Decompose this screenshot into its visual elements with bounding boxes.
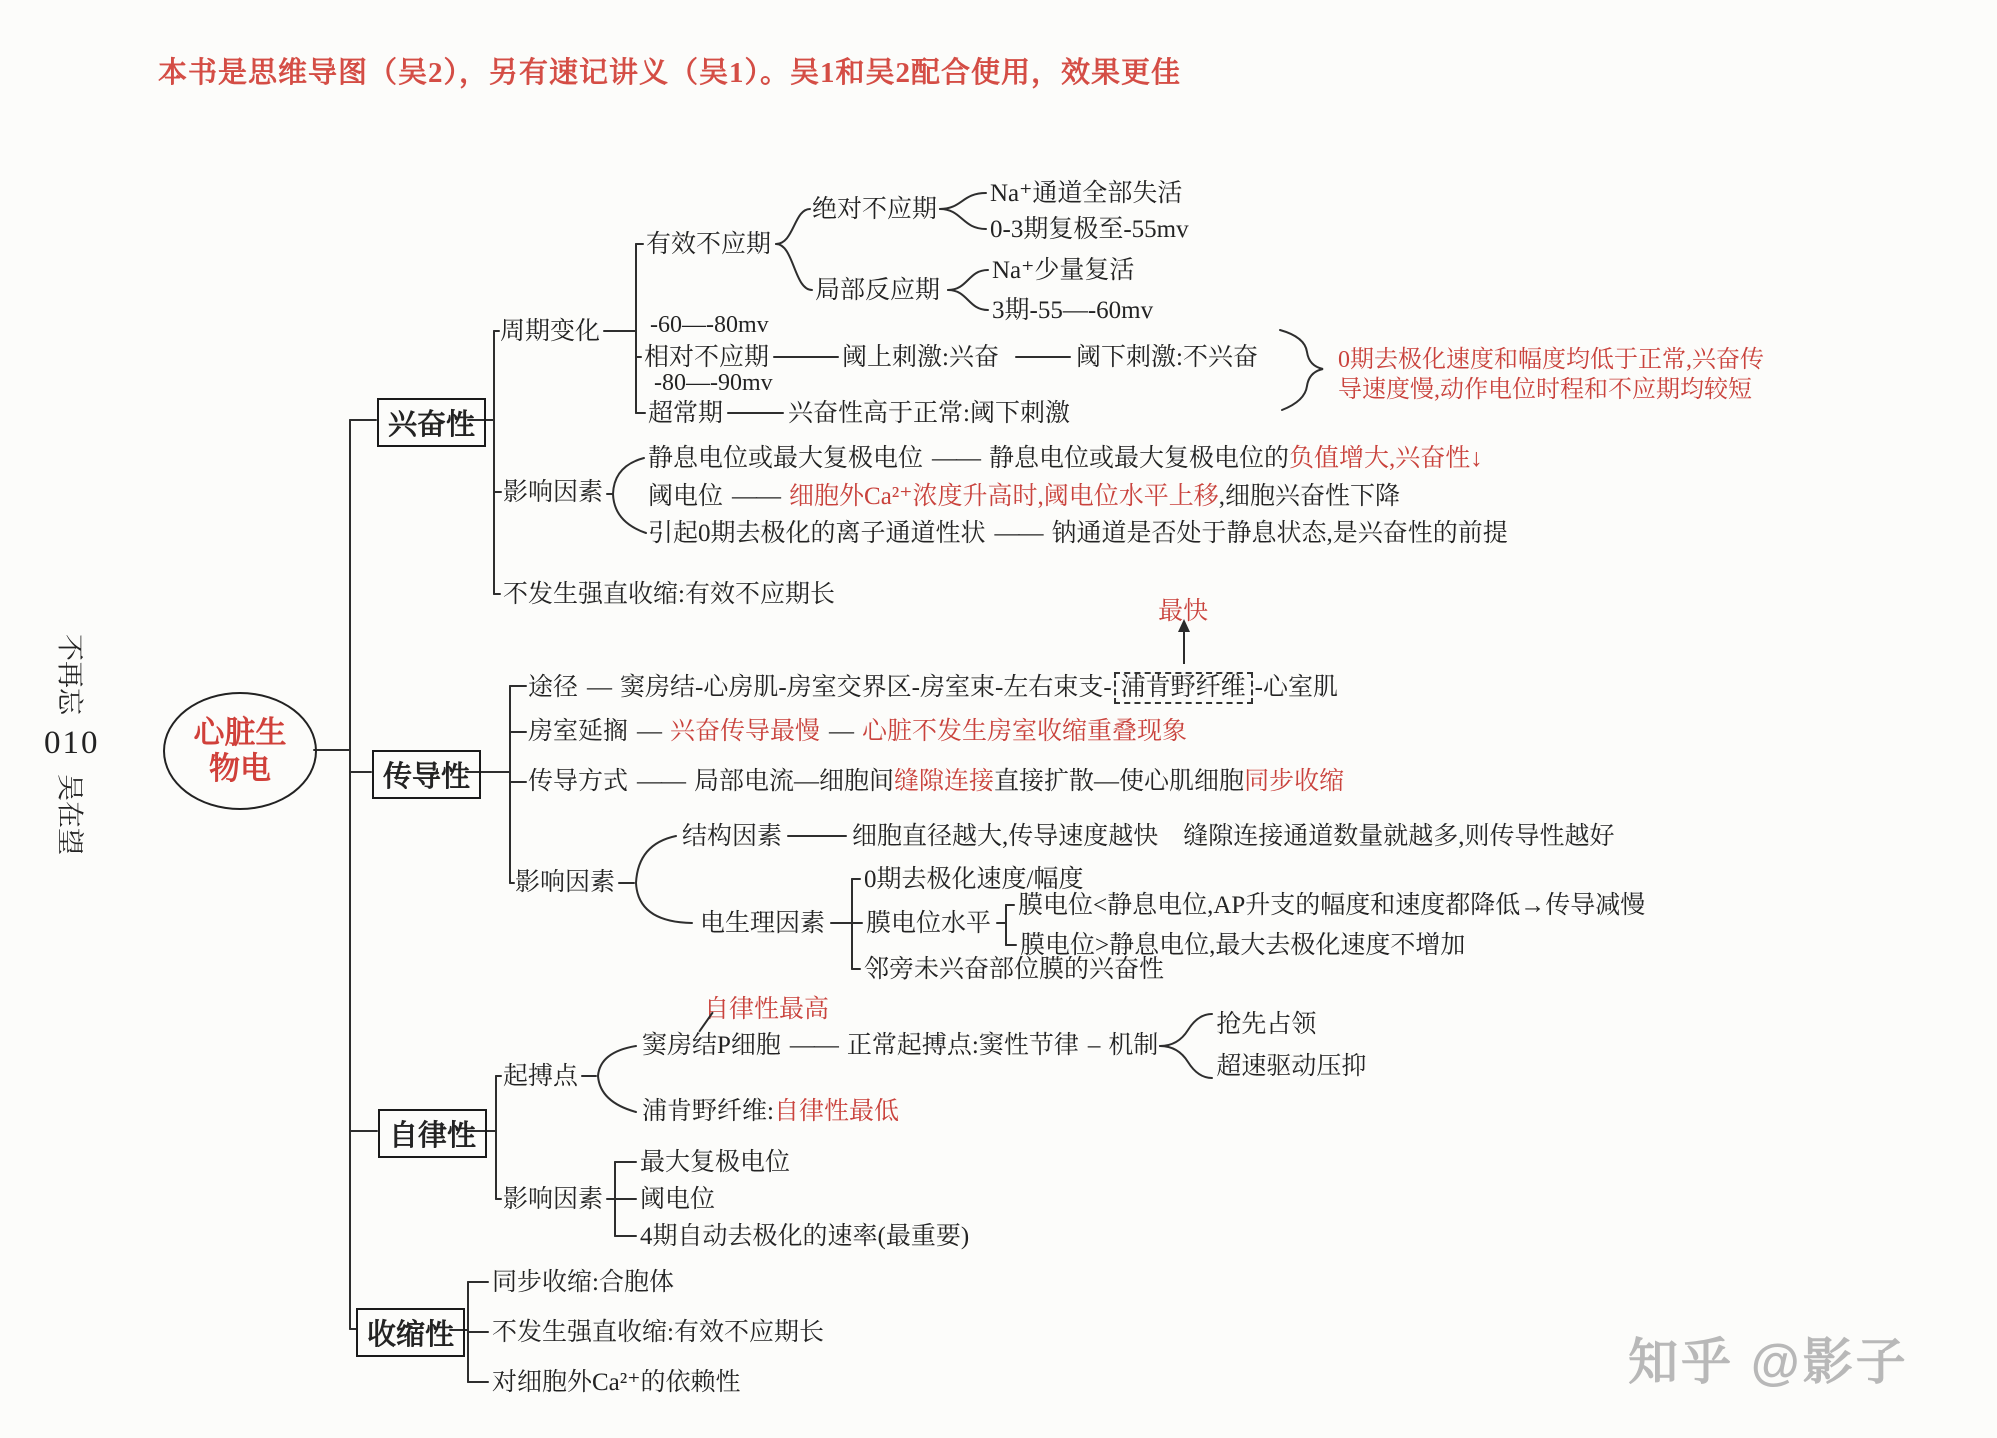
dash: —— <box>986 520 1052 548</box>
highest-automaticity-label: 自律性最高 <box>704 996 829 1024</box>
arp-label: 绝对不应期 <box>812 196 937 224</box>
av-delay-highlight: 兴奋传导最慢 <box>670 718 820 746</box>
automaticity-factor-item: 阈电位 <box>640 1186 715 1214</box>
conductivity-factors-label: 影响因素 <box>515 869 615 897</box>
factor-text: 静息电位或最大复极电位的 <box>989 445 1289 473</box>
pathway-row: 途径 — 窦房结-心房肌-房室交界区-房室束-左右束支- 浦肯野纤维 最快 -心… <box>528 672 1338 704</box>
automaticity-factors-label: 影响因素 <box>503 1186 603 1214</box>
branch-conductivity: 传导性 <box>372 750 481 799</box>
margin-text-top: 不再忘 <box>53 625 92 725</box>
root-line2: 物电 <box>209 751 271 787</box>
excitability-factors-label: 影响因素 <box>503 479 603 507</box>
purkinje-row: 浦肯野纤维: 自律性最低 <box>642 1098 899 1126</box>
snp-label: 超常期 <box>648 400 723 428</box>
pathway-segment: 窦房结-心房肌-房室交界区-房室束-左右束支- <box>620 674 1112 702</box>
structural-factor-text: 细胞直径越大,传导速度越快 缝隙连接通道数量就越多,则传导性越好 <box>852 823 1615 851</box>
dash: – <box>1079 1032 1109 1060</box>
factor-text: 阈电位 <box>648 483 723 511</box>
contractility-item: 同步收缩:合胞体 <box>492 1269 674 1297</box>
conduction-mode-row: 传导方式 —— 局部电流—细胞间 缝隙连接 直接扩散—使心肌细胞 同步收缩 <box>528 768 1344 796</box>
lrp-label: 局部反应期 <box>815 277 940 305</box>
dash: —— <box>628 768 694 796</box>
snp-text: 兴奋性高于正常:阈下刺激 <box>788 400 1070 428</box>
sinus-rhythm-text: 正常起搏点:窦性节律 <box>847 1032 1079 1060</box>
root-node: 心脏生 物电 <box>163 692 317 810</box>
dash: —— <box>781 1032 847 1060</box>
factor-highlight: 细胞外Ca²⁺浓度升高时,阈电位水平上移 <box>789 483 1219 511</box>
branch-automaticity: 自律性 <box>378 1109 487 1158</box>
av-delay-label: 房室延搁 <box>528 718 628 746</box>
lrp-item: Na⁺少量复活 <box>992 257 1134 285</box>
pathway-label: 途径 <box>528 674 578 702</box>
branch-contractility: 收缩性 <box>356 1308 465 1357</box>
page-number: 010 <box>44 725 100 762</box>
factor-row-ion-channel: 引起0期去极化的离子通道性状 —— 钠通道是否处于静息状态,是兴奋性的前提 <box>648 520 1508 548</box>
lrp-item: 3期-55—-60mv <box>992 297 1153 325</box>
purkinje-label: 浦肯野纤维: <box>642 1098 774 1126</box>
factor-text: 静息电位或最大复极电位 <box>648 445 923 473</box>
no-tetanus-note: 不发生强直收缩:有效不应期长 <box>503 581 835 609</box>
mode-highlight: 同步收缩 <box>1244 768 1344 796</box>
factor-highlight: 负值增大,兴奋性↓ <box>1289 445 1483 473</box>
mechanism-label: 机制 <box>1108 1032 1158 1060</box>
sa-node-text: 窦房结P细胞 <box>642 1032 781 1059</box>
factor-row-threshold-potential: 阈电位 —— 细胞外Ca²⁺浓度升高时,阈电位水平上移 ,细胞兴奋性下降 <box>648 483 1400 511</box>
mechanism-items: 抢先占领 超速驱动压抑 <box>1216 1011 1366 1081</box>
contractility-item: 不发生强直收缩:有效不应期长 <box>492 1319 824 1347</box>
watermark: 知乎 @影子 <box>1628 1322 1909 1394</box>
margin-text-bottom: 吴在望 <box>53 765 92 865</box>
erp-label: 有效不应期 <box>646 231 771 259</box>
cycle-label: 周期变化 <box>500 318 600 346</box>
factor-text: ,细胞兴奋性下降 <box>1219 483 1400 511</box>
mode-text: 局部电流—细胞间 <box>694 768 894 796</box>
cycle-note-line2: 导速度慢,动作电位时程和不应期均较短 <box>1338 377 1752 404</box>
mechanism-item: 超速驱动压抑 <box>1216 1053 1366 1081</box>
purkinje-fiber-label: 浦肯野纤维 <box>1121 674 1246 701</box>
factor-text: 钠通道是否处于静息状态,是兴奋性的前提 <box>1052 520 1508 548</box>
arp-item: Na⁺通道全部失活 <box>990 180 1182 208</box>
factor-row-resting-potential: 静息电位或最大复极电位 —— 静息电位或最大复极电位的 负值增大,兴奋性↓ <box>648 445 1483 473</box>
branch-excitability: 兴奋性 <box>377 398 486 447</box>
mechanism-item: 抢先占领 <box>1216 1011 1366 1039</box>
mode-highlight: 缝隙连接 <box>894 768 994 796</box>
sa-node-label: 窦房结P细胞 自律性最高 <box>642 1032 781 1060</box>
dash: — <box>820 718 862 746</box>
up-arrow-icon <box>1183 630 1185 664</box>
contractility-item: 对细胞外Ca²⁺的依赖性 <box>492 1369 740 1397</box>
av-delay-highlight: 心脏不发生房室收缩重叠现象 <box>862 718 1187 746</box>
phase0-speed-item: 0期去极化速度/幅度 <box>864 866 1083 894</box>
lowest-automaticity-label: 自律性最低 <box>774 1098 899 1126</box>
electro-factor-label: 电生理因素 <box>700 910 825 938</box>
cycle-note-line1: 0期去极化速度和幅度均低于正常,兴奋传 <box>1338 347 1764 374</box>
pacemaker-label: 起搏点 <box>503 1063 578 1091</box>
mechanism-brace <box>1158 1010 1214 1082</box>
mode-label: 传导方式 <box>528 768 628 796</box>
structural-factor-label: 结构因素 <box>682 823 782 851</box>
arp-item: 0-3期复极至-55mv <box>990 216 1189 244</box>
av-delay-row: 房室延搁 — 兴奋传导最慢 — 心脏不发生房室收缩重叠现象 <box>528 718 1187 746</box>
mindmap-page: 本书是思维导图（吴2），另有速记讲义（吴1）。吴1和吴2配合使用，效果更佳 不再… <box>0 0 1997 1438</box>
mv-range-1: -60—-80mv <box>650 312 769 339</box>
dash: — <box>628 718 670 746</box>
rrp-subthreshold: 阈下刺激:不兴奋 <box>1076 344 1258 372</box>
factor-text: 引起0期去极化的离子通道性状 <box>648 520 986 548</box>
rrp-suprathreshold: 阈上刺激:兴奋 <box>842 344 999 372</box>
mode-text: 直接扩散—使心肌细胞 <box>994 768 1244 796</box>
root-line1: 心脏生 <box>194 715 287 751</box>
rrp-label: 相对不应期 <box>644 344 769 372</box>
sa-node-row: 窦房结P细胞 自律性最高 —— 正常起搏点:窦性节律 – 机制 抢先占领 超速驱… <box>642 1010 1366 1082</box>
automaticity-factor-item: 4期自动去极化的速率(最重要) <box>640 1223 969 1251</box>
adjacent-membrane-item: 邻旁未兴奋部位膜的兴奋性 <box>864 956 1164 984</box>
pathway-segment: -心室肌 <box>1255 674 1338 702</box>
purkinje-dashed-box: 浦肯野纤维 最快 <box>1114 672 1253 704</box>
dash: —— <box>723 483 789 511</box>
membrane-potential-label: 膜电位水平 <box>866 910 991 938</box>
dash: —— <box>923 445 989 473</box>
membrane-item: 膜电位<静息电位,AP升支的幅度和速度都降低→传导减慢 <box>1018 892 1645 920</box>
automaticity-factor-item: 最大复极电位 <box>640 1149 790 1177</box>
dash: — <box>578 674 620 702</box>
top-note: 本书是思维导图（吴2），另有速记讲义（吴1）。吴1和吴2配合使用，效果更佳 <box>158 50 1181 91</box>
mv-range-2: -80—-90mv <box>654 370 773 397</box>
